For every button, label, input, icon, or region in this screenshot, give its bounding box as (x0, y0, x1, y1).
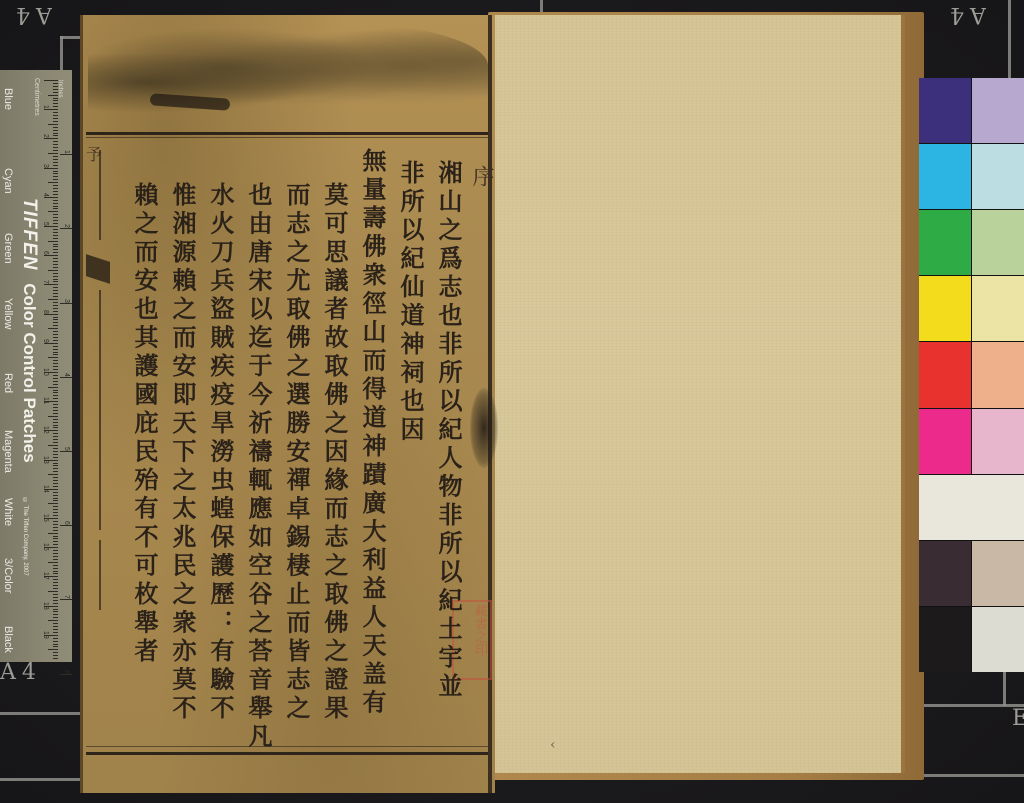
color-patch-blue (919, 78, 971, 143)
patch-name: Green (2, 233, 14, 264)
page-border-bottom (86, 752, 490, 755)
ruler-tick (53, 509, 58, 510)
ruler-cm-number: 4 (42, 193, 49, 197)
patch-name: Blue (2, 88, 14, 110)
ruler-tick (53, 264, 58, 265)
ruler-tick (53, 179, 58, 180)
ruler-tick (53, 594, 58, 595)
ruler-tick (53, 220, 58, 221)
ruler-tick (53, 541, 58, 542)
patch-name: Black (2, 626, 14, 653)
ruler-cm-number: 17 (42, 572, 49, 580)
ruler-tick (48, 124, 58, 125)
ruler-tick (53, 185, 58, 186)
ruler-cm-number: 9 (42, 339, 49, 343)
ruler-brand-title: TIFFEN Color Control Patches (18, 198, 40, 463)
text-column: 莫可思議者故取佛之因緣而志之取佛之證果 (318, 182, 350, 748)
ruler-tick (53, 419, 58, 420)
ruler-tick (53, 486, 58, 487)
ruler-tick (53, 585, 58, 586)
ruler-tick (53, 246, 58, 247)
ruler-tick (48, 416, 58, 417)
text-column: 水火刀兵盜賊疾疫旱澇虫蝗保護歷：有驗不 (204, 182, 236, 748)
ruler-tick (53, 506, 58, 507)
mat-guide-line (1008, 0, 1011, 78)
mat-label-bottom-right: E (1012, 706, 1024, 731)
ruler-tick (53, 375, 58, 376)
patch-name: Cyan (2, 168, 14, 194)
ruler-tick (48, 649, 58, 650)
ruler-tick (48, 533, 58, 534)
ruler-tick (53, 156, 58, 157)
ruler-tick (53, 623, 58, 624)
mat-guide-line (0, 778, 80, 781)
ruler-tick (53, 133, 58, 134)
ruler-cm-number: 3 (42, 164, 49, 168)
color-patch-black (919, 607, 971, 672)
ruler-tick (53, 176, 58, 177)
ruler-tick (53, 112, 58, 113)
ruler-tick (48, 211, 58, 212)
text-column: 湘山之爲志也非所以紀人物非所以紀土宇並 (432, 160, 464, 748)
patch-name: Red (2, 373, 14, 393)
ruler-tick (53, 571, 58, 572)
color-patch-white (919, 475, 1024, 540)
ruler-tick (53, 223, 58, 224)
ruler-tick (48, 241, 58, 242)
ruler-tick (53, 390, 58, 391)
ruler-inch-tick (60, 599, 72, 600)
ruler-tick (48, 503, 58, 504)
ruler-tick (44, 80, 58, 81)
color-patch-three-color-light (972, 541, 1024, 606)
ruler-tick (53, 433, 58, 434)
ruler-tick (53, 398, 58, 399)
ruler-tick (53, 366, 58, 367)
ruler-tick (44, 226, 58, 227)
ruler-tick (53, 500, 58, 501)
ruler-tick (53, 147, 58, 148)
preface-heading: 序 (466, 165, 497, 187)
ruler-tick (48, 474, 58, 475)
ruler-tick (53, 340, 58, 341)
ruler-tick (53, 632, 58, 633)
ruler-tick (48, 153, 58, 154)
ruler-tick (53, 588, 58, 589)
ruler-tick (53, 363, 58, 364)
ruler-tick (53, 244, 58, 245)
ruler-tick (53, 658, 58, 659)
ruler-tick (53, 492, 58, 493)
ruler-tick (53, 407, 58, 408)
ruler-tick (44, 255, 58, 256)
blank-right-page: ‹ (492, 15, 905, 773)
ruler-tick (53, 436, 58, 437)
ruler-tick (53, 188, 58, 189)
ruler-tick (44, 168, 58, 169)
ruler-tick (53, 451, 58, 452)
ruler-tick (53, 208, 58, 209)
ruler-tick (53, 130, 58, 131)
ruler-cm-number: 13 (42, 456, 49, 464)
ruler-tick (53, 544, 58, 545)
ruler-inch-tick (60, 451, 72, 452)
ruler-tick (48, 445, 58, 446)
text-columns: 湘山之爲志也非所以紀人物非所以紀土宇並 非所以紀仙道神祠也因 無量壽佛衆徑山而得… (104, 148, 464, 748)
ruler-tick (53, 609, 58, 610)
ruler-tick (53, 603, 58, 604)
ruler-tick (53, 92, 58, 93)
ruler-tick (53, 422, 58, 423)
ruler-tick (48, 562, 58, 563)
ruler-tick (53, 471, 58, 472)
ruler-tick (53, 395, 58, 396)
ruler-tick (53, 203, 58, 204)
color-patch-green (919, 210, 971, 275)
ruler-tick (53, 427, 58, 428)
mat-guide-line (0, 712, 80, 715)
ruler-tick (53, 468, 58, 469)
margin-rule (99, 290, 101, 530)
ruler-tick (53, 565, 58, 566)
ruler-tick (53, 194, 58, 195)
ruler-tick (53, 597, 58, 598)
ruler-cm-label: Centimetres (33, 78, 40, 116)
ruler-tick (53, 381, 58, 382)
mat-guide-line (540, 0, 543, 12)
ruler-cm-number: 7 (42, 280, 49, 284)
ruler-tick (53, 118, 58, 119)
ruler-tick (53, 354, 58, 355)
mat-label-top-left: A4 (10, 2, 52, 27)
ruler-tick (53, 293, 58, 294)
ruler-inch-tick (60, 377, 72, 378)
ruler-tick (53, 641, 58, 642)
ruler-tick (53, 311, 58, 312)
color-patch-yellow-light (972, 276, 1024, 341)
ruler-tick (53, 296, 58, 297)
ruler-tick (53, 410, 58, 411)
ruler-title: Color Control Patches (20, 283, 39, 462)
ruler-tick (53, 480, 58, 481)
ruler-tick (53, 279, 58, 280)
ruler-inch-tick (60, 674, 72, 675)
ruler-tick (53, 281, 58, 282)
text-column: 惟湘源賴之而安即天下之太兆民之衆亦莫不 (166, 182, 198, 748)
ruler-cm-number: 5 (42, 222, 49, 226)
ruler-tick (53, 550, 58, 551)
ruler-tick (53, 135, 58, 136)
ruler-tick (48, 357, 58, 358)
ruler-tick (44, 197, 58, 198)
color-patch-black-light (972, 607, 1024, 672)
ruler-tick (53, 521, 58, 522)
color-patch-red (919, 342, 971, 407)
ruler-tick (48, 95, 58, 96)
ruler-cm-number: 18 (42, 602, 49, 610)
ruler-tick (53, 378, 58, 379)
ruler-tick (53, 527, 58, 528)
ruler-tick (53, 319, 58, 320)
ruler-inch-tick (60, 228, 72, 229)
patch-name: Magenta (2, 430, 14, 473)
ruler-tick (53, 646, 58, 647)
ruler-tick (53, 655, 58, 656)
ruler-tick (53, 235, 58, 236)
ruler-tick (53, 83, 58, 84)
ruler-cm-number: 10 (42, 368, 49, 376)
ruler-tick (53, 498, 58, 499)
ruler-tick (53, 369, 58, 370)
margin-character: 予 (86, 142, 102, 165)
page-border-top-inner (86, 137, 490, 138)
ruler-tick (53, 232, 58, 233)
ruler-tick (53, 524, 58, 525)
ruler-inch-tick (60, 154, 72, 155)
ruler-tick (53, 495, 58, 496)
ruler-tick (53, 392, 58, 393)
ruler-tick (53, 614, 58, 615)
patch-name: Yellow (2, 298, 14, 329)
ruler-tick (53, 171, 58, 172)
ruler-inch-tick (60, 303, 72, 304)
ruler-scale: 1234567891011121314151617181912345678 (42, 70, 72, 662)
ruler-tick (53, 384, 58, 385)
ruler-tick (53, 115, 58, 116)
text-column: 無量壽佛衆徑山而得道神蹟廣大利益人天盖有 (356, 148, 388, 748)
ruler-tick (53, 512, 58, 513)
ruler-tick (53, 515, 58, 516)
ruler-tick (53, 331, 58, 332)
mat-guide-line (1003, 672, 1006, 706)
ruler-cm-number: 14 (42, 485, 49, 493)
ruler-tick (53, 322, 58, 323)
ruler-cm-number: 12 (42, 426, 49, 434)
ruler-tick (44, 343, 58, 344)
ruler-tick (53, 302, 58, 303)
ruler-tick (53, 530, 58, 531)
ruler-cm-number: 1 (42, 105, 49, 109)
ruler-tick (53, 267, 58, 268)
ruler-tick (53, 317, 58, 318)
ruler-tick (53, 629, 58, 630)
patch-name: 3/Color (2, 558, 14, 593)
text-column: 非所以紀仙道神祠也因 (394, 160, 426, 748)
ruler-cm-number: 15 (42, 514, 49, 522)
ruler-tick (53, 86, 58, 87)
ruler-tick (44, 109, 58, 110)
ruler-tick (48, 387, 58, 388)
color-patch-cyan (919, 144, 971, 209)
mat-guide-line (60, 36, 63, 72)
ruler-tick (53, 103, 58, 104)
mat-guide-line (920, 704, 1024, 707)
ruler-tick (44, 138, 58, 139)
ruler-tick (53, 308, 58, 309)
color-control-patches (919, 78, 1024, 672)
ruler-cm-number: 11 (42, 397, 49, 404)
ruler-tick (53, 425, 58, 426)
ruler-tick (48, 270, 58, 271)
ruler-tick (53, 582, 58, 583)
ruler-tick (53, 127, 58, 128)
ruler-tick (53, 483, 58, 484)
text-column: 也由唐宋以迄于今祈禱輒應如空谷之荅音舉凡 (242, 182, 274, 748)
pencil-mark: ‹ (550, 737, 556, 753)
ruler-tick (53, 249, 58, 250)
ruler-tick (53, 217, 58, 218)
ruler-tick (53, 413, 58, 414)
ruler-tick (53, 617, 58, 618)
ruler-tick (53, 463, 58, 464)
ruler-tick (53, 159, 58, 160)
water-stain (88, 22, 488, 132)
ruler-tick (53, 206, 58, 207)
color-patch-three-color (919, 541, 971, 606)
margin-rule (99, 540, 101, 610)
ruler-tick (53, 121, 58, 122)
ruler-tick (53, 89, 58, 90)
ruler-tick (53, 568, 58, 569)
ruler-tick (53, 305, 58, 306)
ruler-cm-number: 6 (42, 251, 49, 255)
color-patch-cyan-light (972, 144, 1024, 209)
ruler-tick (53, 261, 58, 262)
color-patch-magenta (919, 409, 971, 474)
ruler-tick (53, 106, 58, 107)
ruler-tick (53, 287, 58, 288)
ruler-tick (53, 556, 58, 557)
ruler-tick (53, 638, 58, 639)
ruler-tick (53, 191, 58, 192)
ruler-tick (53, 611, 58, 612)
ruler-tick (53, 448, 58, 449)
color-patch-blue-light (972, 78, 1024, 143)
gutter-ink-blot (470, 388, 498, 468)
ruler-cm-number: 2 (42, 134, 49, 138)
ruler-tick (53, 652, 58, 653)
ruler-tick (53, 100, 58, 101)
ruler-tick (53, 173, 58, 174)
ruler-copyright: © The Tiffen Company, 2007 (22, 498, 28, 576)
ruler-tick (53, 457, 58, 458)
color-patch-green-light (972, 210, 1024, 275)
ruler-cm-number: 19 (42, 631, 49, 639)
ruler-tick (53, 252, 58, 253)
ruler-tick (53, 98, 58, 99)
ruler-tick (53, 600, 58, 601)
ruler-tick (53, 290, 58, 291)
ruler-tick (53, 214, 58, 215)
ruler-tick (44, 284, 58, 285)
ruler-tick (53, 141, 58, 142)
ruler-tick (53, 150, 58, 151)
tiffen-logo: TIFFEN (19, 198, 40, 271)
text-column: 而志之尤取佛之選勝安禪卓錫棲止而皆志之 (280, 182, 312, 748)
ruler-tick (53, 165, 58, 166)
ruler-tick (53, 465, 58, 466)
ruler-tick (53, 559, 58, 560)
ruler-tick (53, 644, 58, 645)
ruler-cm-number: 16 (42, 543, 49, 551)
ruler-tick (53, 352, 58, 353)
ruler-tick (53, 334, 58, 335)
color-patch-red-light (972, 342, 1024, 407)
ruler-tick (53, 346, 58, 347)
ruler-tick (53, 553, 58, 554)
ruler-tick (48, 591, 58, 592)
tiffen-color-ruler: Blue Cyan Green Yellow Red Magenta White… (0, 70, 72, 662)
ruler-tick (48, 182, 58, 183)
ruler-inch-tick (60, 525, 72, 526)
ruler-tick (53, 573, 58, 574)
ruler-tick (53, 360, 58, 361)
ruler-tick (53, 349, 58, 350)
ruler-tick (53, 404, 58, 405)
ruler-tick (53, 439, 58, 440)
mat-label-top-right: A4 (944, 2, 986, 27)
patch-name: White (2, 498, 14, 526)
ruler-tick (53, 200, 58, 201)
ruler-tick (53, 626, 58, 627)
ruler-tick (48, 299, 58, 300)
ruler-tick (44, 314, 58, 315)
ruler-tick (53, 454, 58, 455)
text-column: 賴之而安也其護國庇民殆有不可枚舉者 (128, 182, 160, 748)
ruler-tick (53, 337, 58, 338)
ruler-tick (53, 325, 58, 326)
ruler-tick (53, 579, 58, 580)
ruler-tick (53, 538, 58, 539)
color-patch-magenta-light (972, 409, 1024, 474)
ruler-tick (53, 144, 58, 145)
ruler-tick (53, 273, 58, 274)
ruler-tick (53, 276, 58, 277)
ruler-tick (53, 162, 58, 163)
ruler-tick (53, 229, 58, 230)
ruler-tick (48, 328, 58, 329)
mat-label-bottom-left: A4 (0, 660, 42, 685)
ruler-tick (53, 477, 58, 478)
ruler-tick (53, 258, 58, 259)
mat-guide-line (920, 774, 1024, 777)
ruler-tick (53, 238, 58, 239)
page-border-top (86, 132, 490, 135)
ruler-cm-number: 8 (42, 310, 49, 314)
ruler-tick (53, 442, 58, 443)
color-patch-yellow (919, 276, 971, 341)
ruler-tick (53, 536, 58, 537)
ruler-tick (48, 620, 58, 621)
